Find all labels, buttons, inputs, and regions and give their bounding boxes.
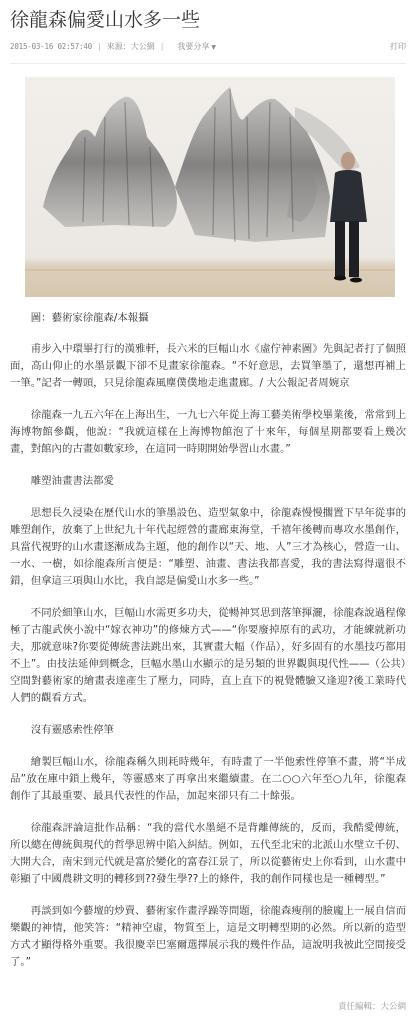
article-meta: 2015-03-16 02:57:40 | 來源：大公網 | 我要分享▼ 打印 bbox=[10, 40, 406, 54]
paragraph: 再談到如今藝壇的炒賣、藝術家作畫浮躁等問題，徐龍森瘦削的臉龐上一展自信而樂觀的神… bbox=[10, 903, 406, 971]
responsible-editor: 責任編輯：大公網 bbox=[338, 1001, 406, 1013]
share-dropdown[interactable]: 我要分享▼ bbox=[177, 40, 216, 55]
chevron-down-icon: ▼ bbox=[211, 44, 216, 51]
article-title: 徐龍森偏愛山水多一些 bbox=[10, 8, 200, 32]
print-button[interactable]: 打印 bbox=[390, 40, 406, 54]
meta-separator: | bbox=[161, 40, 164, 54]
paragraph: 繪製巨幅山水，徐龍森稱久則耗時幾年，有時畫了一半他索性停筆不畫，將“半成品”放在… bbox=[10, 754, 406, 805]
header-divider bbox=[10, 63, 406, 64]
share-label: 我要分享 bbox=[177, 42, 209, 51]
article-body: 圖：藝術家徐龍森/本報攝 甫步入中環畢打行的漢雅軒，長六米的巨幅山水《虛佇神素圖… bbox=[10, 310, 406, 986]
publish-datetime: 2015-03-16 02:57:40 bbox=[10, 40, 92, 54]
paragraph: 甫步入中環畢打行的漢雅軒，長六米的巨幅山水《虛佇神素圖》先與記者打了個照面，高山… bbox=[10, 341, 406, 392]
photo-caption: 圖：藝術家徐龍森/本報攝 bbox=[10, 310, 406, 327]
paragraph: 不同於細筆山水，巨幅山水需更多功夫，從暢神冥思到落筆揮灑，徐龍森說過程像極了古龍… bbox=[10, 605, 406, 707]
section-subheading: 雕塑油畫書法都愛 bbox=[10, 473, 406, 490]
section-subheading: 沒有靈感索性停筆 bbox=[10, 722, 406, 739]
article-photo bbox=[25, 77, 395, 297]
source-label: 來源：大公網 bbox=[107, 40, 155, 54]
meta-separator: | bbox=[98, 40, 101, 54]
paragraph: 思想長久浸染在歷代山水的筆墨設色、造型氣象中，徐龍森慢慢擱置下早年從事的雕塑創作… bbox=[10, 505, 406, 590]
paragraph: 徐龍森評論這批作品稱：“我的當代水墨絕不是背離傳統的，反而，我酷愛傳統，所以總在… bbox=[10, 820, 406, 888]
paragraph: 徐龍森一九五六年在上海出生，一九七六年從上海工藝美術學校畢業後，常常到上海博物館… bbox=[10, 407, 406, 458]
ink-landscape-painting bbox=[25, 77, 395, 297]
